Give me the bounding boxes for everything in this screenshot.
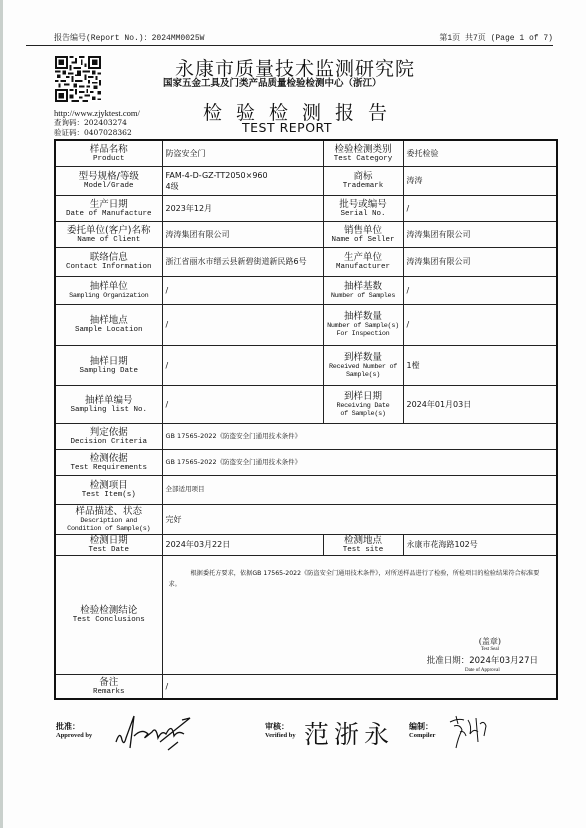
label-test-category: 检验检测类别Test Category	[323, 140, 403, 166]
label-sample-location: 抽样地点Sample Location	[55, 304, 162, 345]
value-manufacturer: 涛涛集团有限公司	[403, 247, 557, 276]
table-row: 型号规格/等级Model/Grade FAM-4-D-GZ-TT2050×960…	[55, 166, 557, 195]
value-conclusions: 根据委托方要求，依据GB 17565-2022《防盗安全门通用技术条件》，对所送…	[162, 555, 557, 674]
label-client: 委托单位(客户)名称Name of Client	[55, 221, 162, 247]
value-test-requirements: GB 17565-2022《防盗安全门通用技术条件》	[162, 449, 557, 475]
table-row: 检测依据Test Requirements GB 17565-2022《防盗安全…	[55, 449, 557, 475]
table-row: 联络信息Contact Information 浙江省丽水市缙云县新碧街道新民路…	[55, 247, 557, 276]
site-info: http://www.zjyktest.com/ 查询码：202403274 验…	[54, 108, 140, 138]
value-product: 防盗安全门	[162, 140, 323, 166]
label-num-inspection: 抽样数量Number of Sample(s)For Inspection	[323, 304, 403, 345]
table-row: 检测日期Test Date 2024年03月22日 检测地点Test site …	[55, 534, 557, 555]
label-contact: 联络信息Contact Information	[55, 247, 162, 276]
label-sampling-org: 抽样单位Sampling Organization	[55, 276, 162, 304]
value-model: FAM-4-D-GZ-TT2050×9604级	[162, 166, 323, 195]
verify-code: 验证码：0407028362	[54, 128, 140, 138]
table-row: 抽样单位Sampling Organization / 抽样基数Number o…	[55, 276, 557, 304]
table-row: 抽样单编号Sampling list No. / 到样日期Receiving D…	[55, 385, 557, 423]
report-number: 报告编号(Report No.)：2024MM0025W	[54, 32, 204, 43]
value-test-items: 全部适用项目	[162, 475, 557, 504]
label-test-requirements: 检测依据Test Requirements	[55, 449, 162, 475]
label-test-site: 检测地点Test site	[323, 534, 403, 555]
label-description: 样品描述、状态Description andCondition of Sampl…	[55, 504, 162, 534]
table-row: 检测项目Test Item(s) 全部适用项目	[55, 475, 557, 504]
label-trademark: 商标Trademark	[323, 166, 403, 195]
table-row: 生产日期Date of Manufacture 2023年12月 批号或编号Se…	[55, 195, 557, 221]
value-test-site: 永康市花海路102号	[403, 534, 557, 555]
value-sample-location: /	[162, 304, 323, 345]
label-product: 样品名称Product	[55, 140, 162, 166]
value-sampling-date: /	[162, 345, 323, 385]
label-sampling-list: 抽样单编号Sampling list No.	[55, 385, 162, 423]
value-test-date: 2024年03月22日	[162, 534, 323, 555]
label-conclusions: 检验检测结论Test Conclusions	[55, 555, 162, 674]
qr-code-icon	[55, 56, 101, 102]
value-remarks: /	[162, 674, 557, 699]
compiler-signature-icon	[446, 712, 491, 752]
label-num-samples: 抽样基数Number of Samples	[323, 276, 403, 304]
institute-subtitle: 国家五金工具及门类产品质量检验检测中心（浙江）	[163, 75, 382, 89]
signature-block: 批准：Approved by 审核：Verified by 范浙永 编制：Com…	[54, 712, 554, 752]
value-num-inspection: /	[403, 304, 557, 345]
conclusion-text: 根据委托方要求，依据GB 17565-2022《防盗安全门通用技术条件》，对所送…	[169, 568, 549, 590]
label-manufacturer: 生产单位Manufacturer	[323, 247, 403, 276]
test-seal: (盖章)Test Seal	[479, 638, 501, 654]
label-sampling-date: 抽样日期Sampling Date	[55, 345, 162, 385]
page-edge	[0, 0, 3, 828]
value-sampling-list: /	[162, 385, 323, 423]
label-test-items: 检测项目Test Item(s)	[55, 475, 162, 504]
value-decision-criteria: GB 17565-2022《防盗安全门通用技术条件》	[162, 423, 557, 449]
verified-by-label: 审核：Verified by	[265, 722, 296, 740]
label-decision-criteria: 判定依据Decision Criteria	[55, 423, 162, 449]
report-table: 样品名称Product 防盗安全门 检验检测类别Test Category 委托…	[54, 139, 558, 700]
compiler-label: 编制：Compiler	[409, 722, 435, 740]
page-header: 报告编号(Report No.)：2024MM0025W 第1页 共7页 (Pa…	[54, 32, 553, 43]
table-row: 抽样地点Sample Location / 抽样数量Number of Samp…	[55, 304, 557, 345]
header-divider	[26, 45, 553, 46]
value-serial-no: /	[403, 195, 557, 221]
label-seller: 销售单位Name of Seller	[323, 221, 403, 247]
value-manufacture-date: 2023年12月	[162, 195, 323, 221]
label-model: 型号规格/等级Model/Grade	[55, 166, 162, 195]
website-url: http://www.zjyktest.com/	[54, 108, 140, 118]
value-seller: 涛涛集团有限公司	[403, 221, 557, 247]
value-contact: 浙江省丽水市缙云县新碧街道新民路6号	[162, 247, 323, 276]
table-row: 抽样日期Sampling Date / 到样数量Received Number …	[55, 345, 557, 385]
label-manufacture-date: 生产日期Date of Manufacture	[55, 195, 162, 221]
value-trademark: 涛涛	[403, 166, 557, 195]
table-row: 判定依据Decision Criteria GB 17565-2022《防盗安全…	[55, 423, 557, 449]
table-row: 样品名称Product 防盗安全门 检验检测类别Test Category 委托…	[55, 140, 557, 166]
query-code: 查询码：202403274	[54, 118, 140, 128]
table-row: 检验检测结论Test Conclusions 根据委托方要求，依据GB 1756…	[55, 555, 557, 674]
label-remarks: 备注Remarks	[55, 674, 162, 699]
label-test-date: 检测日期Test Date	[55, 534, 162, 555]
value-receiving-date: 2024年01月03日	[403, 385, 557, 423]
label-serial-no: 批号或编号Serial No.	[323, 195, 403, 221]
table-row: 委托单位(客户)名称Name of Client 涛涛集团有限公司 销售单位Na…	[55, 221, 557, 247]
value-received-number: 1樘	[403, 345, 557, 385]
label-received-number: 到样数量Received Number ofSample(s)	[323, 345, 403, 385]
value-num-samples: /	[403, 276, 557, 304]
report-title-en: TEST REPORT	[242, 120, 332, 135]
table-row: 样品描述、状态Description andCondition of Sampl…	[55, 504, 557, 534]
approval-date: 批准日期：2024年03月27日Date of Approval	[427, 657, 538, 675]
verified-signature: 范浙永	[304, 715, 394, 751]
page-info: 第1页 共7页 (Page 1 of 7)	[439, 32, 553, 43]
approved-signature-icon	[112, 712, 197, 752]
value-client: 涛涛集团有限公司	[162, 221, 323, 247]
label-receiving-date: 到样日期Receiving Dateof Sample(s)	[323, 385, 403, 423]
approved-by-label: 批准：Approved by	[56, 722, 92, 740]
value-test-category: 委托检验	[403, 140, 557, 166]
table-row: 备注Remarks /	[55, 674, 557, 699]
value-description: 完好	[162, 504, 557, 534]
value-sampling-org: /	[162, 276, 323, 304]
